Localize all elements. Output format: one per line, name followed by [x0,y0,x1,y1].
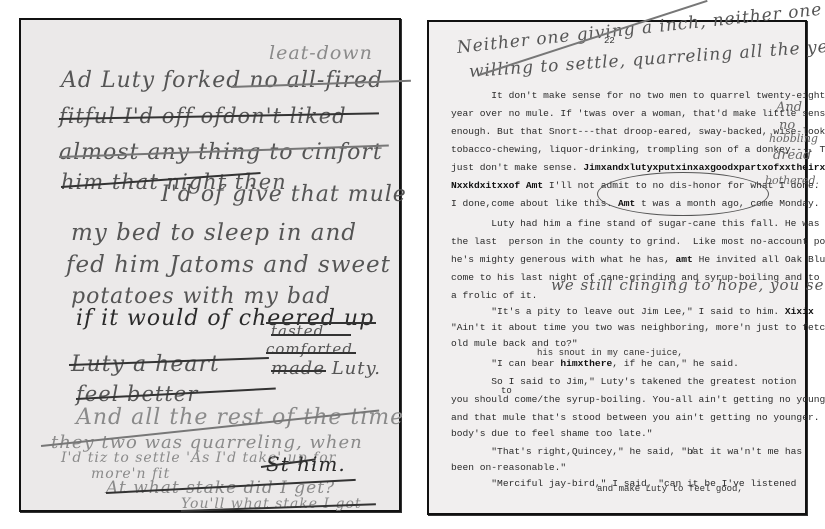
handwritten-line: my bed to sleep in and [71,220,357,246]
typed-line: year over no mule. If 'twas over a woman… [451,108,825,120]
typed-line: Luty had him a fine stand of sugar-cane … [451,218,819,230]
typed-text: , if he can," he said. [612,358,739,369]
typed-line: "That's right,Quincey," he said, "b̸at i… [451,446,802,458]
handwritten-line: leat-down [269,42,373,64]
handwritten-line: comforted [266,340,353,358]
struck-typed-text: amt [676,254,693,265]
handwritten-line: tasted [271,322,324,340]
handwritten-line: if it would of cheered up [76,306,374,331]
typed-line: he's mighty generous with what he has, a… [451,254,825,266]
struck-typed-text: Jimxandxlutyxputxinxaxgoodxpartxofxxthei… [583,162,825,173]
handwritten-line: almost any thing to cinfort [59,140,383,165]
pencil-circle-mark [597,172,769,216]
handwritten-line: Ad Luty forked no all-fired [61,68,383,93]
typed-text: I done,come about like this. [451,198,618,209]
strikethrough [271,334,351,336]
typed-insert: his snout in my cane-juice, [537,348,683,358]
typed-line: enough. But that Snort---that droop-eare… [451,126,825,138]
typed-text: "I can bear [451,358,560,369]
typed-line: "It's a pity to leave out Jim Lee," I sa… [451,306,814,318]
typed-line: tobacco-chewing, liquor-drinking, trompl… [451,144,825,156]
typed-text: he's mighty generous with what he has, [451,254,676,265]
typed-line: you should come/the syrup-boiling. You-a… [451,394,825,406]
strikethrough [271,370,326,372]
typed-line: "Ain't it about time you two was neighbo… [451,322,825,334]
typed-line: a frolic of it. [451,290,537,302]
typed-line: "Merciful jay-bird," I said, "can it be … [451,478,796,490]
typed-line: been on-reasonable." [451,462,566,474]
typed-text: He invited all Oak Bluff to [693,254,825,265]
typed-line: and that mule that's stood between you a… [451,412,825,424]
typed-line: body's due to feel shame too late." [451,428,653,440]
typed-line: It don't make sense for no two men to qu… [451,90,825,102]
handwritten-line: And all the rest of the time [76,405,404,430]
struck-typed-text: himxthere [560,358,612,369]
typed-line: the last person in the county to grind. … [451,236,825,248]
struck-typed-text: Nxxkdxitxxof Amt [451,180,543,191]
typed-text: "It's a pity to leave out Jim Lee," I sa… [451,306,785,317]
handwritten-line: fed him Jatoms and sweet [66,252,391,278]
typed-text: just don't make sense. [451,162,583,173]
typed-line: just don't make sense. Jimxandxlutyxputx… [451,162,825,174]
typed-line: "I can bear himxthere, if he can," he sa… [451,358,739,370]
handwritten-line: made Luty. [271,358,381,379]
strikethrough [266,352,356,354]
struck-typed-text: Xixix [785,306,814,317]
typed-manuscript-page: 22 Neither one giving a inch, neither on… [427,20,807,515]
handwritten-line: I'd of give that mule [161,182,407,207]
handwritten-insert: we still clinging to hope, you see. [551,276,825,294]
handwritten-draft-page: leat-down Ad Luty forked no all-fired fi… [19,18,401,512]
